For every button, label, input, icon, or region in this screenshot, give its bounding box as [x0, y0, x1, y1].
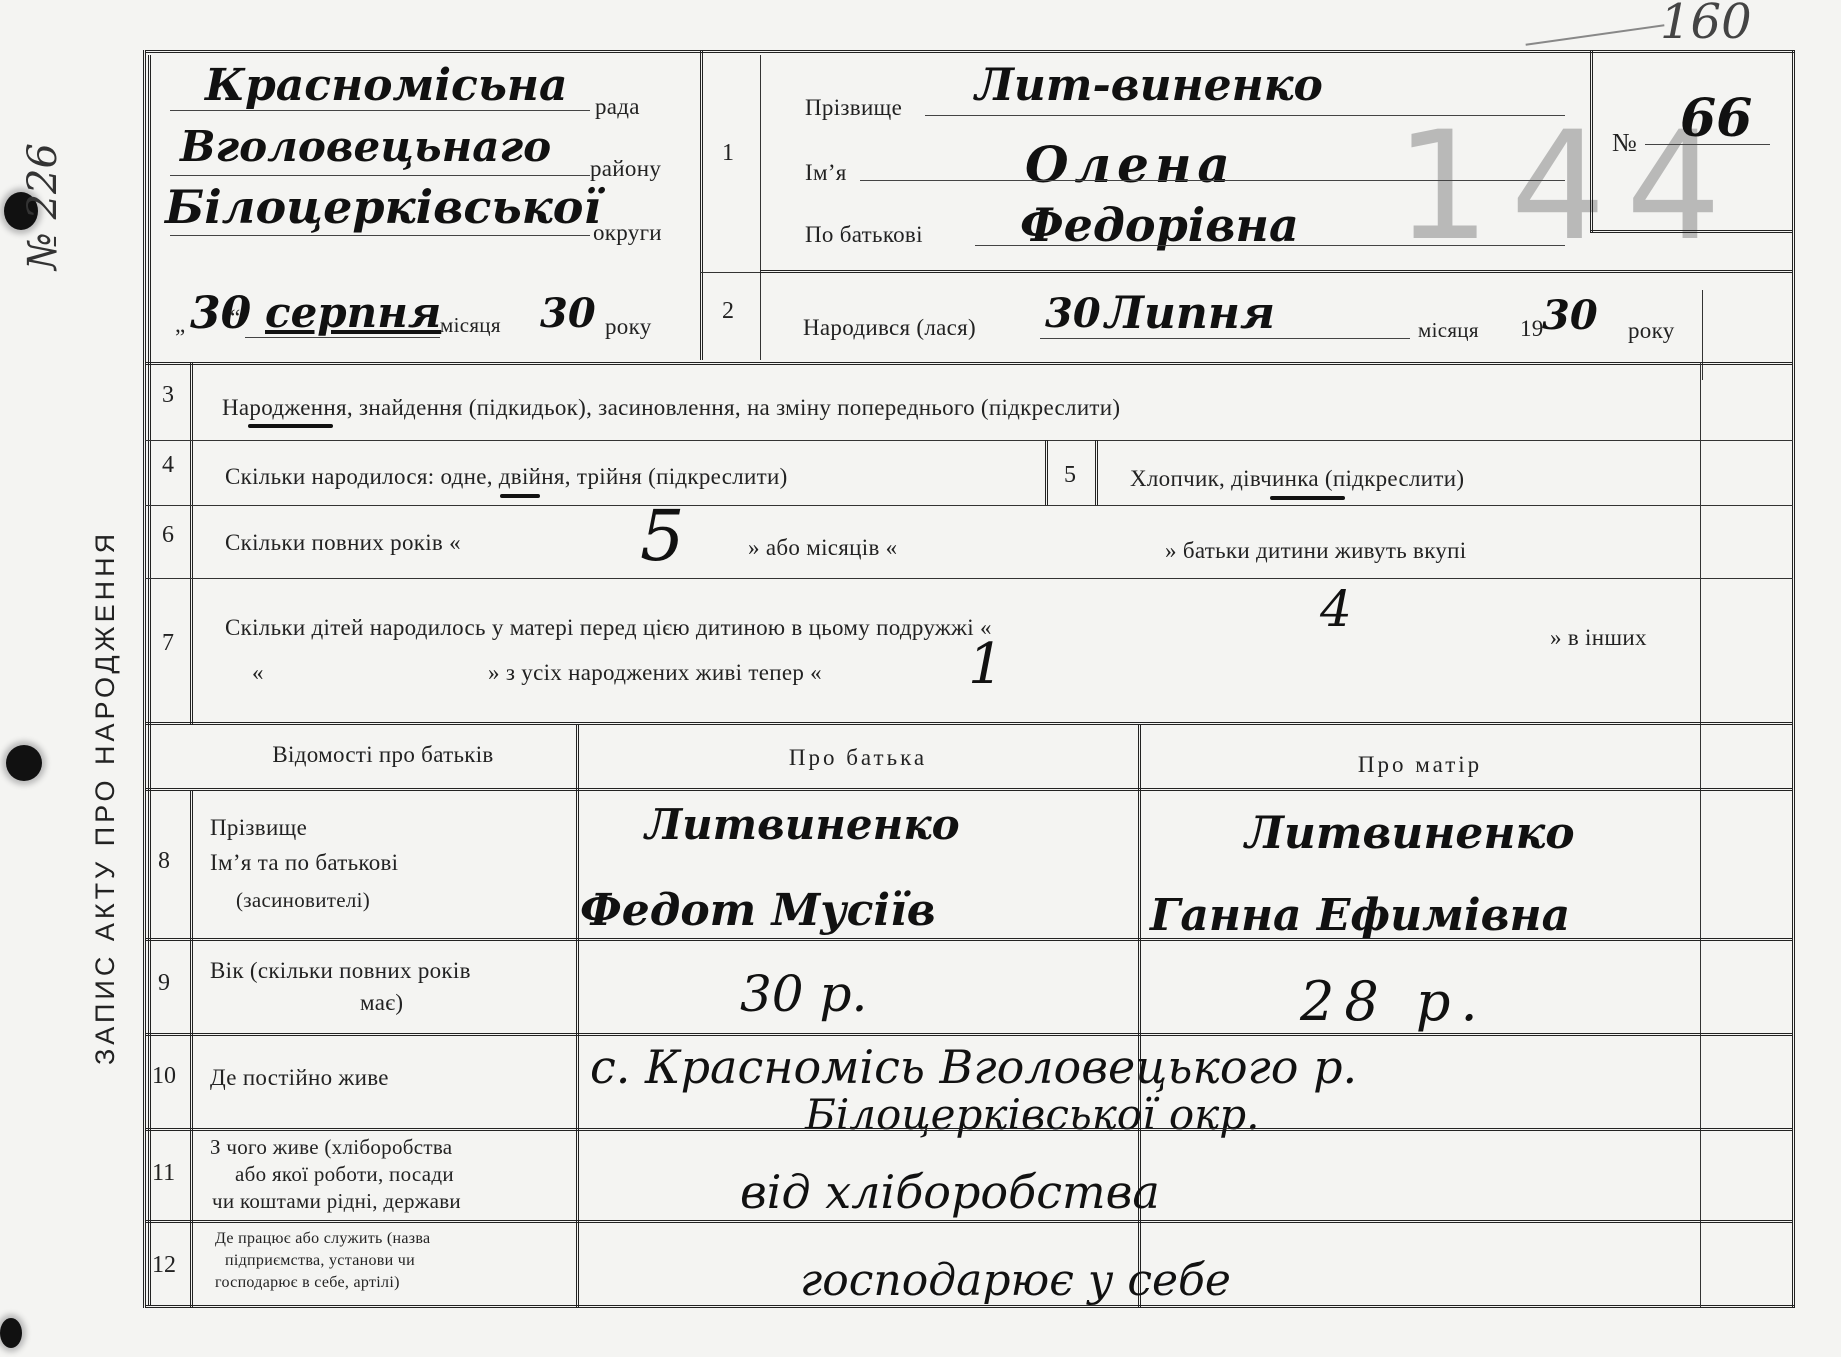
row-10-bottom: [145, 1128, 1793, 1131]
frame-top: [145, 50, 1795, 53]
patronymic-line: [975, 245, 1565, 246]
row-7-line2-a: «: [252, 660, 264, 686]
row-6-text-a: Скільки повних років «: [225, 530, 461, 556]
surname-line: [925, 115, 1565, 116]
row-10-label: Де постійно живе: [210, 1065, 389, 1091]
row-5-text: Хлопчик, дівчинка (підкреслити): [1130, 466, 1464, 492]
row-8-bottom: [145, 938, 1793, 941]
row-3-number: 3: [162, 382, 174, 409]
born-label: Народився (лася): [803, 315, 976, 341]
residence-line-2: Білоцерківської окр.: [805, 1090, 1259, 1139]
row-3-bottom: [145, 440, 1793, 441]
mother-name: Ганна Ефимівна: [1150, 890, 1570, 941]
row-11-label-1: З чого живе (хліборобства: [210, 1135, 452, 1160]
father-surname: Литвиненко: [645, 800, 960, 849]
margin-scribble: № 226: [20, 143, 66, 270]
punch-hole-bottom: [0, 1318, 22, 1348]
table-header-info: Відомості про батьків: [190, 742, 576, 768]
section-divider-1-2: [700, 272, 760, 273]
date-year-label: року: [605, 314, 652, 340]
date-month-line: [245, 337, 440, 338]
row-4-bottom: [145, 505, 1793, 506]
born-day: 30: [1045, 290, 1101, 337]
district-value: Вголовецьнаго: [180, 122, 551, 171]
okruha-label: округи: [593, 220, 662, 246]
patronymic-label: По батькові: [805, 222, 923, 248]
archive-number: 160: [1660, 0, 1752, 50]
row-4-underline: [500, 494, 540, 498]
born-month: Липня: [1105, 288, 1275, 339]
born-year: 30: [1542, 292, 1598, 339]
name-value: Олена: [1025, 135, 1236, 194]
row-6-bottom: [145, 578, 1793, 579]
residence-line-1: с. Красномісь Вголовецького р.: [590, 1040, 1357, 1094]
row-3-text: Народження, знайдення (підкидьок), засин…: [222, 395, 1120, 421]
name-label: Ім’я: [805, 160, 847, 186]
row-11-label-2: або якої роботи, посади: [235, 1162, 454, 1187]
row-7-alive-now: 1: [968, 632, 1004, 697]
row-12-number: 12: [152, 1252, 176, 1279]
row-6-text-c: » батьки дитини живуть вкупі: [1165, 538, 1466, 564]
livelihood-value: від хліборобства: [740, 1165, 1160, 1219]
record-number-label: №: [1612, 128, 1637, 158]
patronymic-value: Федорівна: [1020, 198, 1299, 252]
title-column-border: [148, 55, 151, 1305]
frame-left: [143, 50, 146, 1308]
section-2-right-border: [1702, 290, 1703, 380]
archive-strike: [1526, 24, 1665, 45]
surname-value: Лит-виненко: [975, 60, 1323, 111]
row-5-number: 5: [1064, 462, 1076, 489]
born-year-prefix: 19: [1520, 316, 1544, 342]
table-header-mother: Про матір: [1140, 752, 1700, 778]
row-7-bottom: [145, 722, 1793, 725]
row-6-years: 5: [640, 495, 685, 577]
row-9-label-1: Вік (скільки повних років: [210, 958, 471, 984]
number-col-border: [760, 55, 761, 360]
section-1-number: 1: [722, 140, 734, 167]
row-3-underline: [248, 424, 333, 428]
born-month-line: [1040, 338, 1410, 339]
name-line: [860, 180, 1565, 181]
born-year-label: року: [1628, 318, 1675, 344]
section-2-number: 2: [722, 298, 734, 325]
date-close-quote: “: [230, 305, 241, 331]
okruha-line: [170, 235, 590, 236]
row-12-label-1: Де працює або служить (назва: [215, 1230, 430, 1248]
date-month-label: місяця: [440, 313, 501, 338]
row-10-number: 10: [152, 1063, 176, 1090]
table-header-bottom: [145, 788, 1793, 791]
row-8-label-3: (засиновителі): [236, 888, 370, 913]
date-open-quote: „: [175, 312, 186, 338]
row-11-number: 11: [152, 1160, 175, 1187]
rows-number-col-border: [190, 362, 193, 724]
row-12-label-2: підприємства, установи чи: [225, 1252, 415, 1270]
row-7-line1-b: » в інших: [1550, 625, 1647, 651]
okruha-value: Білоцерківської: [165, 180, 601, 234]
row-8-label-1: Прізвище: [210, 815, 307, 841]
vertical-title: ЗАПИС АКТУ ПРО НАРОДЖЕННЯ: [90, 530, 121, 1065]
frame-right: [1792, 50, 1795, 1308]
mother-age: 28 р.: [1300, 970, 1488, 1033]
row-6-number: 6: [162, 522, 174, 549]
date-year: 30: [540, 290, 596, 337]
date-month: серпня: [265, 288, 441, 337]
row-5-underline: [1270, 496, 1345, 500]
punch-hole-middle: [6, 745, 42, 781]
born-month-label: місяця: [1418, 318, 1479, 343]
row-7-in-this-marriage: 4: [1320, 580, 1352, 638]
row-8-label-2: Ім’я та по батькові: [210, 850, 398, 876]
row-7-number: 7: [162, 630, 174, 657]
father-name: Федот Мусіїв: [580, 885, 936, 936]
row-9-label-2: має): [360, 990, 403, 1016]
father-age: 30 р.: [740, 965, 867, 1023]
mother-surname: Литвиненко: [1245, 808, 1575, 859]
row-11-label-3: чи коштами рідні, держави: [212, 1189, 461, 1214]
row-4-number: 4: [162, 452, 174, 479]
table-header-father: Про батька: [578, 745, 1138, 771]
record-number: 66: [1680, 88, 1752, 149]
date-day: 30: [190, 288, 251, 339]
council-line: [170, 110, 590, 111]
table-number-col-border: [190, 790, 193, 1307]
council-label: рада: [595, 94, 640, 120]
district-line: [170, 175, 590, 176]
occupation-value: господарює у себе: [800, 1255, 1231, 1306]
surname-label: Прізвище: [805, 95, 902, 121]
row-5-left-border: [1045, 440, 1048, 505]
row-7-line2-b: » з усіх народжених живі тепер «: [488, 660, 822, 686]
record-box-bottom: [1590, 230, 1793, 233]
council-value: Красномісьна: [205, 60, 567, 111]
header-left-border: [700, 50, 703, 360]
row-9-number: 9: [158, 970, 170, 997]
row-5-number-border: [1095, 440, 1098, 505]
row-6-text-b: » або місяців «: [748, 535, 897, 561]
row-9-bottom: [145, 1033, 1793, 1036]
record-number-line: [1645, 144, 1770, 145]
record-box-left: [1590, 50, 1593, 232]
row-4-text: Скільки народилося: одне, двійня, трійня…: [225, 464, 788, 490]
district-label: району: [590, 156, 661, 182]
rows-right-col-border: [1700, 362, 1701, 724]
row-12-label-3: господарює в себе, артілі): [215, 1274, 400, 1292]
row-11-bottom: [145, 1220, 1793, 1223]
row-3-top: [145, 362, 1793, 365]
row-7-line1-a: Скільки дітей народилось у матері перед …: [225, 615, 992, 641]
row-8-number: 8: [158, 848, 170, 875]
section-1-bottom: [760, 270, 1793, 273]
